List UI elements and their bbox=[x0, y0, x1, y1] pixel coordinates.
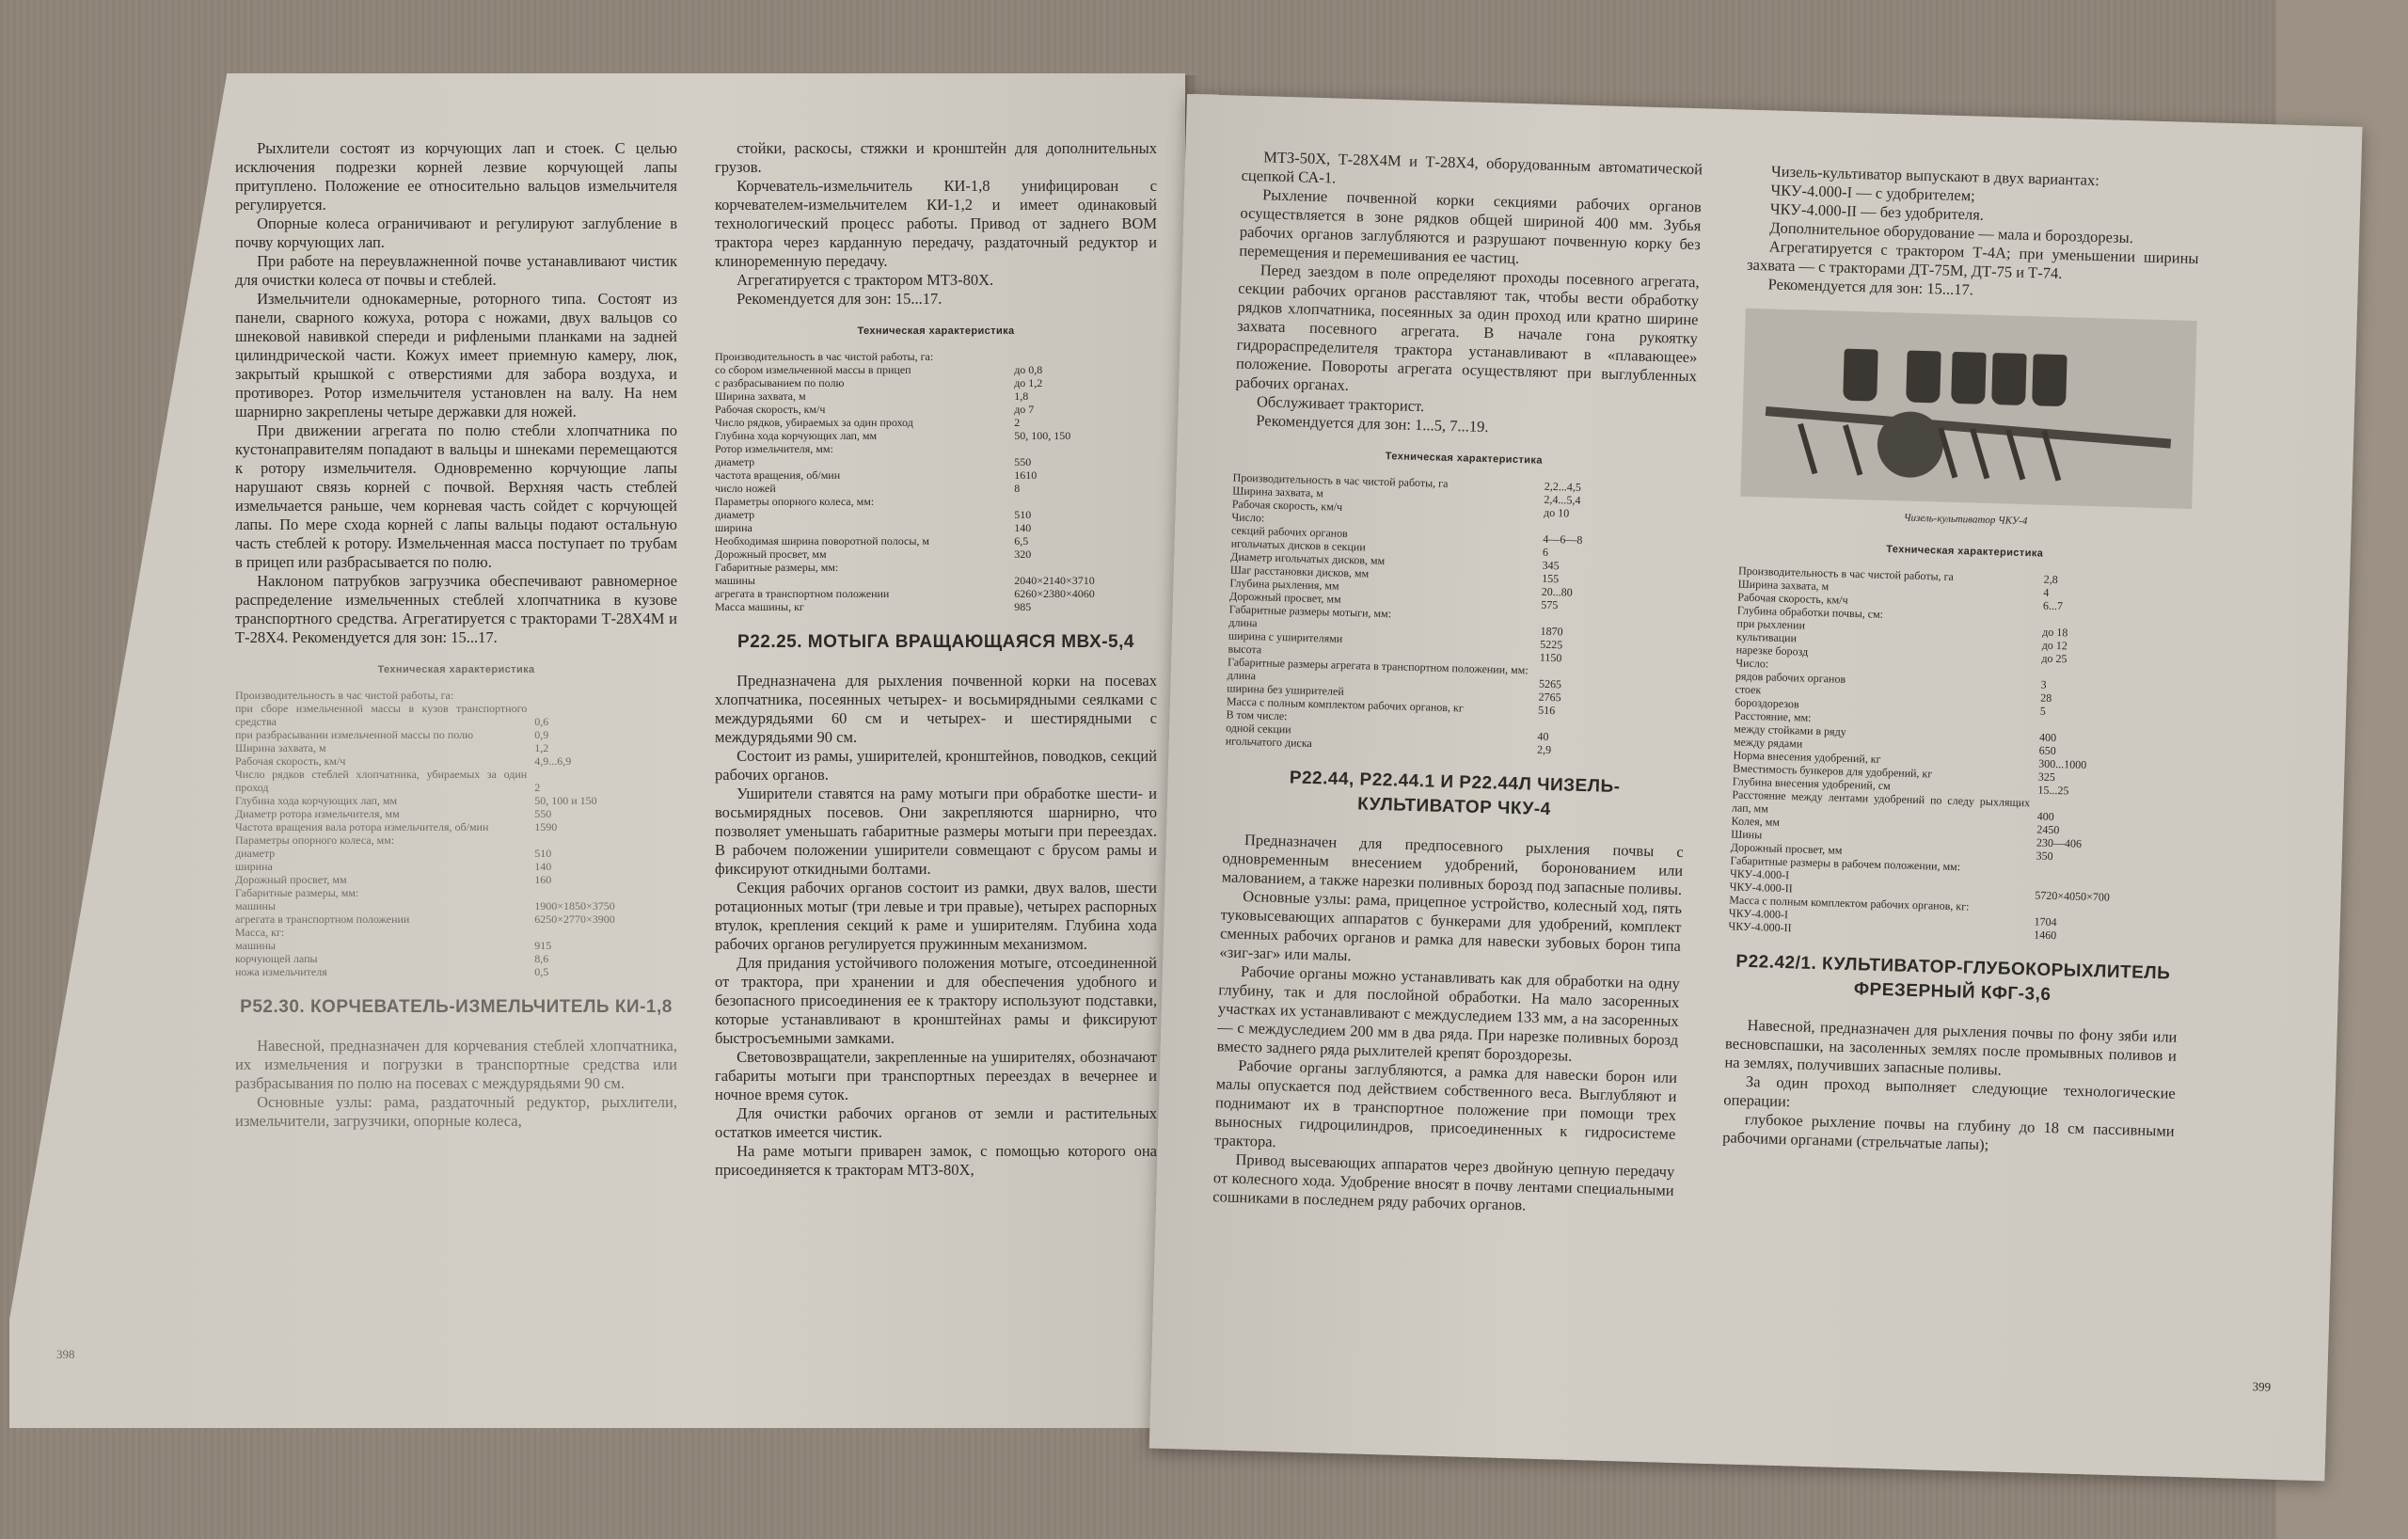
spec-value: 550 bbox=[527, 807, 677, 820]
spec-row: диаметр510 bbox=[715, 508, 1157, 521]
spec-table-ki-1-2: Производительность в час чистой работы, … bbox=[235, 689, 677, 978]
spec-value: 400 bbox=[2030, 796, 2184, 827]
spec-label: диаметр bbox=[235, 847, 527, 860]
spec-value: 510 bbox=[1006, 508, 1157, 521]
spec-value: 915 bbox=[527, 939, 677, 952]
spec-label: Диаметр ротора измельчителя, мм bbox=[235, 807, 527, 820]
paragraph: стойки, раскосы, стяжки и кронштейн для … bbox=[715, 139, 1157, 177]
spec-row: Рабочая скорость, км/чдо 7 bbox=[715, 403, 1157, 416]
spec-table-mvh-5-4: Производительность в час чистой работы, … bbox=[1226, 471, 1694, 761]
spec-label: Рабочая скорость, км/ч bbox=[715, 403, 1006, 416]
left-page-column-1: Рыхлители состоят из корчующих лап и сто… bbox=[235, 139, 677, 1131]
left-col2-paragraphs: стойки, раскосы, стяжки и кронштейн для … bbox=[715, 139, 1157, 309]
mvh-5-4-description: Предназначена для рыхления почвенной кор… bbox=[715, 672, 1157, 1180]
spec-row: Дорожный просвет, мм320 bbox=[715, 547, 1157, 561]
spec-row: Глубина хода корчующих лап, мм50, 100, 1… bbox=[715, 429, 1157, 442]
right-page: МТЗ-50Х, Т-28Х4М и Т-28Х4, оборудованным… bbox=[1149, 94, 2363, 1481]
spec-table-ki-1-8: Производительность в час чистой работы, … bbox=[715, 350, 1157, 613]
left-page-column-2: стойки, раскосы, стяжки и кронштейн для … bbox=[715, 139, 1157, 1180]
right-page-column-1: МТЗ-50Х, Т-28Х4М и Т-28Х4, оборудованным… bbox=[1212, 148, 1703, 1219]
paragraph: При работе на переувлажненной почве уста… bbox=[235, 252, 677, 290]
paragraph: Корчеватель-измельчитель КИ-1,8 унифицир… bbox=[715, 177, 1157, 271]
spec-row: ширина140 bbox=[715, 521, 1157, 534]
spec-label: Масса машины, кг bbox=[715, 600, 1006, 613]
spec-value: 1590 bbox=[527, 820, 677, 833]
spec-label: Габаритные размеры, мм: bbox=[715, 561, 1006, 574]
spec-table-title: Техническая характеристика bbox=[1233, 443, 1694, 475]
spec-label: Параметры опорного колеса, мм: bbox=[715, 495, 1006, 508]
spec-row: Габаритные размеры, мм: bbox=[715, 561, 1157, 574]
right-col2-paragraphs: Чизель-культиватор выпускают в двух вари… bbox=[1746, 162, 2201, 306]
paragraph: Рабочие органы можно устанавливать как д… bbox=[1216, 961, 1680, 1069]
paragraph: Перед заездом в поле определяют проходы … bbox=[1235, 261, 1700, 405]
paragraph: Секция рабочих органов состоит из рамки,… bbox=[715, 879, 1157, 954]
spec-label: диаметр bbox=[715, 455, 1006, 468]
spec-value bbox=[1006, 442, 1157, 455]
spec-row: Дорожный просвет, мм160 bbox=[235, 873, 677, 886]
spec-label: Число рядков, убираемых за один проход bbox=[715, 416, 1006, 429]
spec-value: 1610 bbox=[1006, 468, 1157, 482]
spec-label: агрегата в транспортном положении bbox=[715, 587, 1006, 600]
spec-label: Ротор измельчителя, мм: bbox=[715, 442, 1006, 455]
spec-row: ножа измельчителя0,5 bbox=[235, 965, 677, 978]
paragraph: Рабочие органы заглубляются, а рамка для… bbox=[1214, 1055, 1678, 1163]
spec-row: Масса машины, кг985 bbox=[715, 600, 1157, 613]
page-number-left: 398 bbox=[56, 1347, 75, 1362]
paragraph: Рыхление почвенной корки секциями рабочи… bbox=[1239, 185, 1702, 274]
spec-row: Ротор измельчителя, мм: bbox=[715, 442, 1157, 455]
spec-label: Производительность в час чистой работы, … bbox=[235, 689, 527, 702]
spec-value: 6,5 bbox=[1006, 534, 1157, 547]
spec-row: Глубина хода корчующих лап, мм50, 100 и … bbox=[235, 794, 677, 807]
spec-value: 8,6 bbox=[527, 952, 677, 965]
spec-row: Частота вращения вала ротора измельчител… bbox=[235, 820, 677, 833]
right-col1-paragraphs: МТЗ-50Х, Т-28Х4М и Т-28Х4, оборудованным… bbox=[1234, 148, 1703, 443]
spec-value: до 1,2 bbox=[1006, 376, 1157, 389]
spec-value: до 0,8 bbox=[1006, 363, 1157, 376]
spec-label: Масса, кг: bbox=[235, 926, 527, 939]
spec-value: 0,9 bbox=[527, 728, 677, 741]
spec-label: машины bbox=[715, 574, 1006, 587]
spec-row: Необходимая ширина поворотной полосы, м6… bbox=[715, 534, 1157, 547]
spec-label: ширина bbox=[235, 860, 527, 873]
chku-4-description: Предназначен для предпосевного рыхления … bbox=[1212, 830, 1684, 1219]
spec-value: 0,5 bbox=[527, 965, 677, 978]
spec-value: 2040×2140×3710 bbox=[1006, 574, 1157, 587]
section-heading-ki-1-8: Р52.30. КОРЧЕВАТЕЛЬ-ИЗМЕЛЬЧИТЕЛЬ КИ-1,8 bbox=[235, 995, 677, 1020]
section-heading-chku-4: Р22.44, Р22.44.1 И Р22.44Л ЧИЗЕЛЬ-КУЛЬТИ… bbox=[1224, 764, 1686, 826]
kfg-3-6-description: Навесной, предназначен для рыхления почв… bbox=[1722, 1015, 2178, 1159]
spec-label: диаметр bbox=[715, 508, 1006, 521]
spec-value: 1,8 bbox=[1006, 389, 1157, 403]
spec-row: Габаритные размеры, мм: bbox=[235, 886, 677, 899]
spec-table-title: Техническая характеристика bbox=[235, 660, 677, 679]
spec-row: частота вращения, об/мин1610 bbox=[715, 468, 1157, 482]
spec-value: 6260×2380×4060 bbox=[1006, 587, 1157, 600]
spec-row: со сбором измельченной массы в прицепдо … bbox=[715, 363, 1157, 376]
spec-label: при разбрасывании измельченной массы по … bbox=[235, 728, 527, 741]
paragraph: Рекомендуется для зон: 15...17. bbox=[715, 290, 1157, 309]
spec-value bbox=[1006, 561, 1157, 574]
spec-row: Рабочая скорость, км/ч4,9...6,9 bbox=[235, 754, 677, 768]
spec-value bbox=[527, 886, 677, 899]
spec-value: 1900×1850×3750 bbox=[527, 899, 677, 912]
spec-row: машины1900×1850×3750 bbox=[235, 899, 677, 912]
spec-value: 320 bbox=[1006, 547, 1157, 561]
spec-label: Ширина захвата, м bbox=[715, 389, 1006, 403]
spec-value: 2 bbox=[1006, 416, 1157, 429]
paragraph: Навесной, предназначен для корчевания ст… bbox=[235, 1037, 677, 1093]
spec-value: до 7 bbox=[1006, 403, 1157, 416]
spec-label: Дорожный просвет, мм bbox=[235, 873, 527, 886]
paragraph: Рыхлители состоят из корчующих лап и сто… bbox=[235, 139, 677, 214]
spec-table-chku-4: Производительность в час чистой работы, … bbox=[1728, 564, 2190, 945]
spec-label: ширина bbox=[715, 521, 1006, 534]
spec-label: Частота вращения вала ротора измельчител… bbox=[235, 820, 527, 833]
spec-value bbox=[527, 833, 677, 847]
spec-label: при сборе измельченной массы в кузов тра… bbox=[235, 702, 527, 728]
right-page-column-2: Чизель-культиватор выпускают в двух вари… bbox=[1722, 162, 2201, 1160]
spec-value: 140 bbox=[527, 860, 677, 873]
spec-row: число ножей8 bbox=[715, 482, 1157, 495]
spec-label: машины bbox=[235, 939, 527, 952]
spec-value: 50, 100 и 150 bbox=[527, 794, 677, 807]
paragraph: Уширители ставятся на раму мотыги при об… bbox=[715, 785, 1157, 879]
ki-1-8-description: Навесной, предназначен для корчевания ст… bbox=[235, 1037, 677, 1131]
section-heading-mvh-5-4: Р22.25. МОТЫГА ВРАЩАЮЩАЯСЯ МВХ-5,4 bbox=[715, 630, 1157, 655]
spec-row: машины2040×2140×3710 bbox=[715, 574, 1157, 587]
spec-row: Ширина захвата, м1,8 bbox=[715, 389, 1157, 403]
spec-row: с разбрасыванием по полюдо 1,2 bbox=[715, 376, 1157, 389]
spec-value: 985 bbox=[1006, 600, 1157, 613]
spec-label: Число рядков стеблей хлопчатника, убирае… bbox=[235, 768, 527, 794]
spec-row: ширина140 bbox=[235, 860, 677, 873]
spec-row: при разбрасывании измельченной массы по … bbox=[235, 728, 677, 741]
paragraph: На раме мотыги приварен замок, с помощью… bbox=[715, 1142, 1157, 1180]
paragraph: Для очистки рабочих органов от земли и р… bbox=[715, 1104, 1157, 1142]
spec-table-title: Техническая характеристика bbox=[1739, 536, 2191, 567]
spec-row: Масса, кг: bbox=[235, 926, 677, 939]
spec-label: число ножей bbox=[715, 482, 1006, 495]
spec-row: Параметры опорного колеса, мм: bbox=[715, 495, 1157, 508]
spec-label: машины bbox=[235, 899, 527, 912]
spec-row: Производительность в час чистой работы, … bbox=[235, 689, 677, 702]
spec-label: агрегата в транспортном положении bbox=[235, 912, 527, 926]
spec-value: 4,9...6,9 bbox=[527, 754, 677, 768]
paragraph: Привод высевающих аппаратов через двойну… bbox=[1212, 1150, 1674, 1219]
spec-value bbox=[1006, 495, 1157, 508]
spec-row: корчующей лапы8,6 bbox=[235, 952, 677, 965]
spec-value bbox=[1006, 350, 1157, 363]
spec-row: Ширина захвата, м1,2 bbox=[235, 741, 677, 754]
spec-value: 8 bbox=[1006, 482, 1157, 495]
spec-label: Необходимая ширина поворотной полосы, м bbox=[715, 534, 1006, 547]
spec-label: корчующей лапы bbox=[235, 952, 527, 965]
spec-label: Глубина хода корчующих лап, мм bbox=[235, 794, 527, 807]
machine-photo bbox=[1740, 309, 2196, 509]
spec-label: Параметры опорного колеса, мм: bbox=[235, 833, 527, 847]
spec-row: диаметр510 bbox=[235, 847, 677, 860]
spec-label: ножа измельчителя bbox=[235, 965, 527, 978]
spec-label: Производительность в час чистой работы, … bbox=[715, 350, 1006, 363]
paragraph: Опорные колеса ограничивают и регулируют… bbox=[235, 214, 677, 252]
spec-value: 160 bbox=[527, 873, 677, 886]
spec-value: 50, 100, 150 bbox=[1006, 429, 1157, 442]
paragraph: Измельчители однокамерные, роторного тип… bbox=[235, 290, 677, 421]
spec-row: агрегата в транспортном положении6260×23… bbox=[715, 587, 1157, 600]
page-number-right: 399 bbox=[2252, 1379, 2271, 1395]
left-col1-paragraphs: Рыхлители состоят из корчующих лап и сто… bbox=[235, 139, 677, 647]
spec-value: 510 bbox=[527, 847, 677, 860]
spec-label: Дорожный просвет, мм bbox=[715, 547, 1006, 561]
photo-caption: Чизель-культиватор ЧКУ-4 bbox=[1740, 504, 2192, 535]
spec-table-title: Техническая характеристика bbox=[715, 322, 1157, 341]
paragraph: Основные узлы: рама, раздаточный редукто… bbox=[235, 1093, 677, 1131]
spec-label: частота вращения, об/мин bbox=[715, 468, 1006, 482]
paragraph: Для придания устойчивого положения мотыг… bbox=[715, 954, 1157, 1048]
paragraph: Световозвращатели, закрепленные на ушири… bbox=[715, 1048, 1157, 1104]
paragraph: Наклоном патрубков загрузчика обеспечива… bbox=[235, 572, 677, 647]
spec-row: агрегата в транспортном положении6250×27… bbox=[235, 912, 677, 926]
spec-value bbox=[527, 689, 677, 702]
paragraph: Состоит из рамы, уширителей, кронштейнов… bbox=[715, 747, 1157, 785]
spec-value: 2 bbox=[527, 768, 677, 794]
spec-row: Параметры опорного колеса, мм: bbox=[235, 833, 677, 847]
spec-row: Число рядков стеблей хлопчатника, убирае… bbox=[235, 768, 677, 794]
spec-value: 0,6 bbox=[527, 702, 677, 728]
spec-label: Габаритные размеры, мм: bbox=[235, 886, 527, 899]
spec-row: Производительность в час чистой работы, … bbox=[715, 350, 1157, 363]
spec-value: 140 bbox=[1006, 521, 1157, 534]
left-page: Рыхлители состоят из корчующих лап и сто… bbox=[9, 73, 1185, 1428]
spec-value: 6250×2770×3900 bbox=[527, 912, 677, 926]
spec-label: Рабочая скорость, км/ч bbox=[235, 754, 527, 768]
spec-row: Число рядков, убираемых за один проход2 bbox=[715, 416, 1157, 429]
paragraph: Предназначена для рыхления почвенной кор… bbox=[715, 672, 1157, 747]
paragraph: Основные узлы: рама, прицепное устройств… bbox=[1219, 886, 1682, 975]
spec-label: с разбрасыванием по полю bbox=[715, 376, 1006, 389]
section-heading-kfg-3-6: Р22.42/1. КУЛЬТИВАТОР-ГЛУБОКОРЫХЛИТЕЛЬ Ф… bbox=[1726, 949, 2178, 1010]
spec-value bbox=[527, 926, 677, 939]
spec-row: диаметр550 bbox=[715, 455, 1157, 468]
spec-row: при сборе измельченной массы в кузов тра… bbox=[235, 702, 677, 728]
paragraph: При движении агрегата по полю стебли хло… bbox=[235, 421, 677, 572]
paragraph: Агрегатируется с трактором МТЗ-80Х. bbox=[715, 271, 1157, 290]
spec-label: Глубина хода корчующих лап, мм bbox=[715, 429, 1006, 442]
spec-row: машины915 bbox=[235, 939, 677, 952]
spec-label: со сбором измельченной массы в прицеп bbox=[715, 363, 1006, 376]
spec-value: 1,2 bbox=[527, 741, 677, 754]
spec-label: Ширина захвата, м bbox=[235, 741, 527, 754]
spec-value: 550 bbox=[1006, 455, 1157, 468]
spec-row: Диаметр ротора измельчителя, мм550 bbox=[235, 807, 677, 820]
